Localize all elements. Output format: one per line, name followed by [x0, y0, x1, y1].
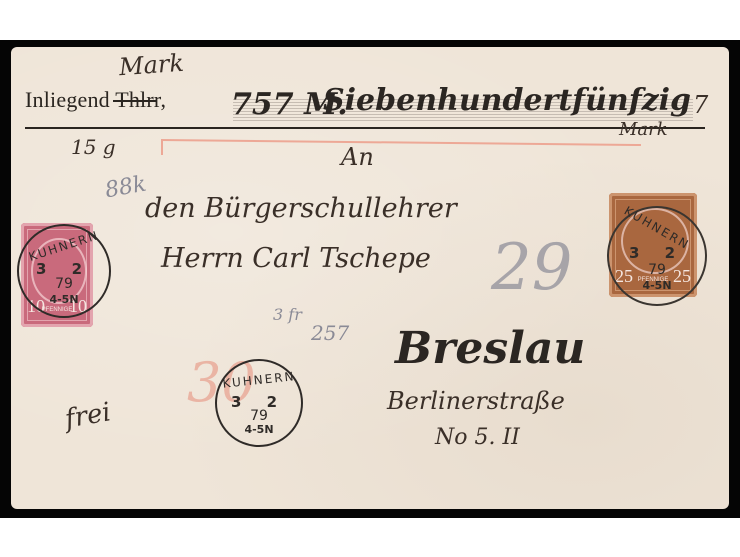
- city: Breslau: [395, 323, 585, 374]
- weight-note: 15 g: [71, 135, 116, 159]
- frei-note: frei: [63, 397, 113, 434]
- thaler-text: Thlr: [115, 87, 154, 112]
- struck-thaler-text: Thlr: [115, 87, 154, 112]
- handwritten-an: An: [341, 143, 374, 171]
- handwritten-mark-above: Mark: [118, 49, 185, 81]
- postmark-year: 79: [19, 276, 109, 292]
- house-number: No 5. II: [435, 425, 520, 450]
- postmark-center: KUHNERN 3 2 79 4-5N: [215, 359, 303, 447]
- red-crayon-line: [161, 139, 641, 146]
- blue-pencil-mid: 257: [311, 321, 349, 345]
- addressee-line2: Herrn Carl Tschepe: [161, 243, 431, 274]
- postmark-year: 79: [217, 408, 301, 424]
- postmark-time: 4-5N: [19, 293, 109, 306]
- red-crayon-tick: [161, 139, 163, 155]
- blue-pencil-top: 3 fr: [273, 305, 302, 324]
- printed-inliegend-label: Inliegend Thlrr,: [25, 87, 166, 113]
- blue-pencil-large: 29: [491, 231, 572, 305]
- postmark-year: 79: [609, 262, 705, 278]
- inliegend-text: Inliegend: [25, 87, 110, 112]
- postmark-time: 4-5N: [217, 423, 301, 436]
- postmark-right: KUHNERN 3 2 79 4-5N: [607, 206, 707, 306]
- addressee-line1: den Bürgerschullehrer: [145, 193, 457, 224]
- postmark-town: KUHNERN: [216, 368, 301, 391]
- postmark-date: 3 2: [609, 244, 705, 262]
- street: Berlinerstraße: [387, 387, 565, 415]
- pencil-note-left: 88k: [103, 172, 148, 204]
- handwritten-trail: 7: [693, 91, 708, 119]
- postmark-left: KUHNERN 3 2 79 4-5N: [17, 224, 111, 318]
- postmark-time: 4-5N: [609, 279, 705, 292]
- handwritten-mark-right: Mark: [619, 119, 668, 140]
- envelope: Inliegend Thlrr, Mark 757 M. Siebenhunde…: [11, 47, 729, 509]
- printed-underline: [25, 127, 705, 129]
- handwritten-amount-words: Siebenhundertfünfzig: [323, 83, 691, 118]
